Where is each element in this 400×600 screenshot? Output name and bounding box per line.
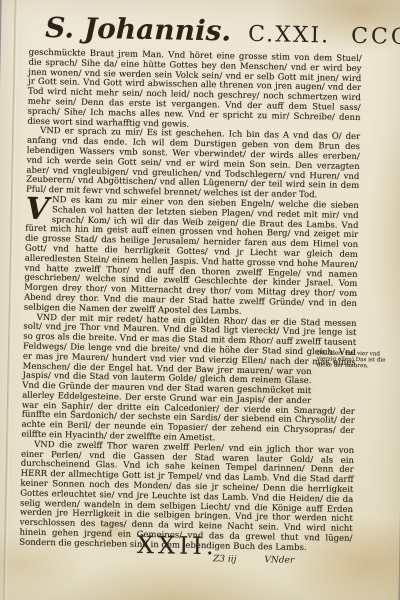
drop-cap-initial: V: [25, 196, 52, 223]
body-paragraph-text: ND es kam zu mir einer von den sieben En…: [24, 195, 359, 316]
text-column: geschmückte Braut jrem Man. Vnd höret ei…: [19, 49, 362, 555]
body-paragraph: VND er sprach zu mir/ Es ist geschehen. …: [26, 127, 360, 202]
running-header: S. Johannis. C.XXI. CCCCXI.: [45, 11, 376, 50]
marginal-note-cutout: [311, 368, 356, 407]
next-chapter-heading: XXII.: [0, 528, 364, 563]
body-paragraph-text: VND der mit mir redet/ hatte ein gülden …: [23, 312, 357, 367]
folio-number: CCCCXI.: [351, 24, 400, 51]
signature-mark: Z3 iij: [213, 554, 237, 564]
body-paragraph: VND es kam zu mir einer von den sieben E…: [24, 196, 359, 320]
chapter-number: C.XXI.: [248, 22, 331, 49]
catchword: VNder: [264, 555, 294, 566]
page-fold-crease: [3, 0, 18, 600]
body-paragraph: geschmückte Braut jrem Man. Vnd höret ei…: [27, 49, 361, 134]
footer-signature-row: Z3 iij VNder: [213, 554, 294, 566]
body-paragraph: VND der mit mir redet/ hatte ein gülden …: [21, 313, 356, 447]
book-title: S. Johannis.: [45, 11, 232, 48]
marginal-note: (Hundert vnd vier vnd vierzig ellen) Das…: [317, 350, 391, 370]
body-paragraph-text: eines Menschen/ die der Engel hat. Vnd d…: [21, 357, 356, 443]
paper-sheet: S. Johannis. C.XXI. CCCCXI. geschmückte …: [0, 0, 400, 600]
